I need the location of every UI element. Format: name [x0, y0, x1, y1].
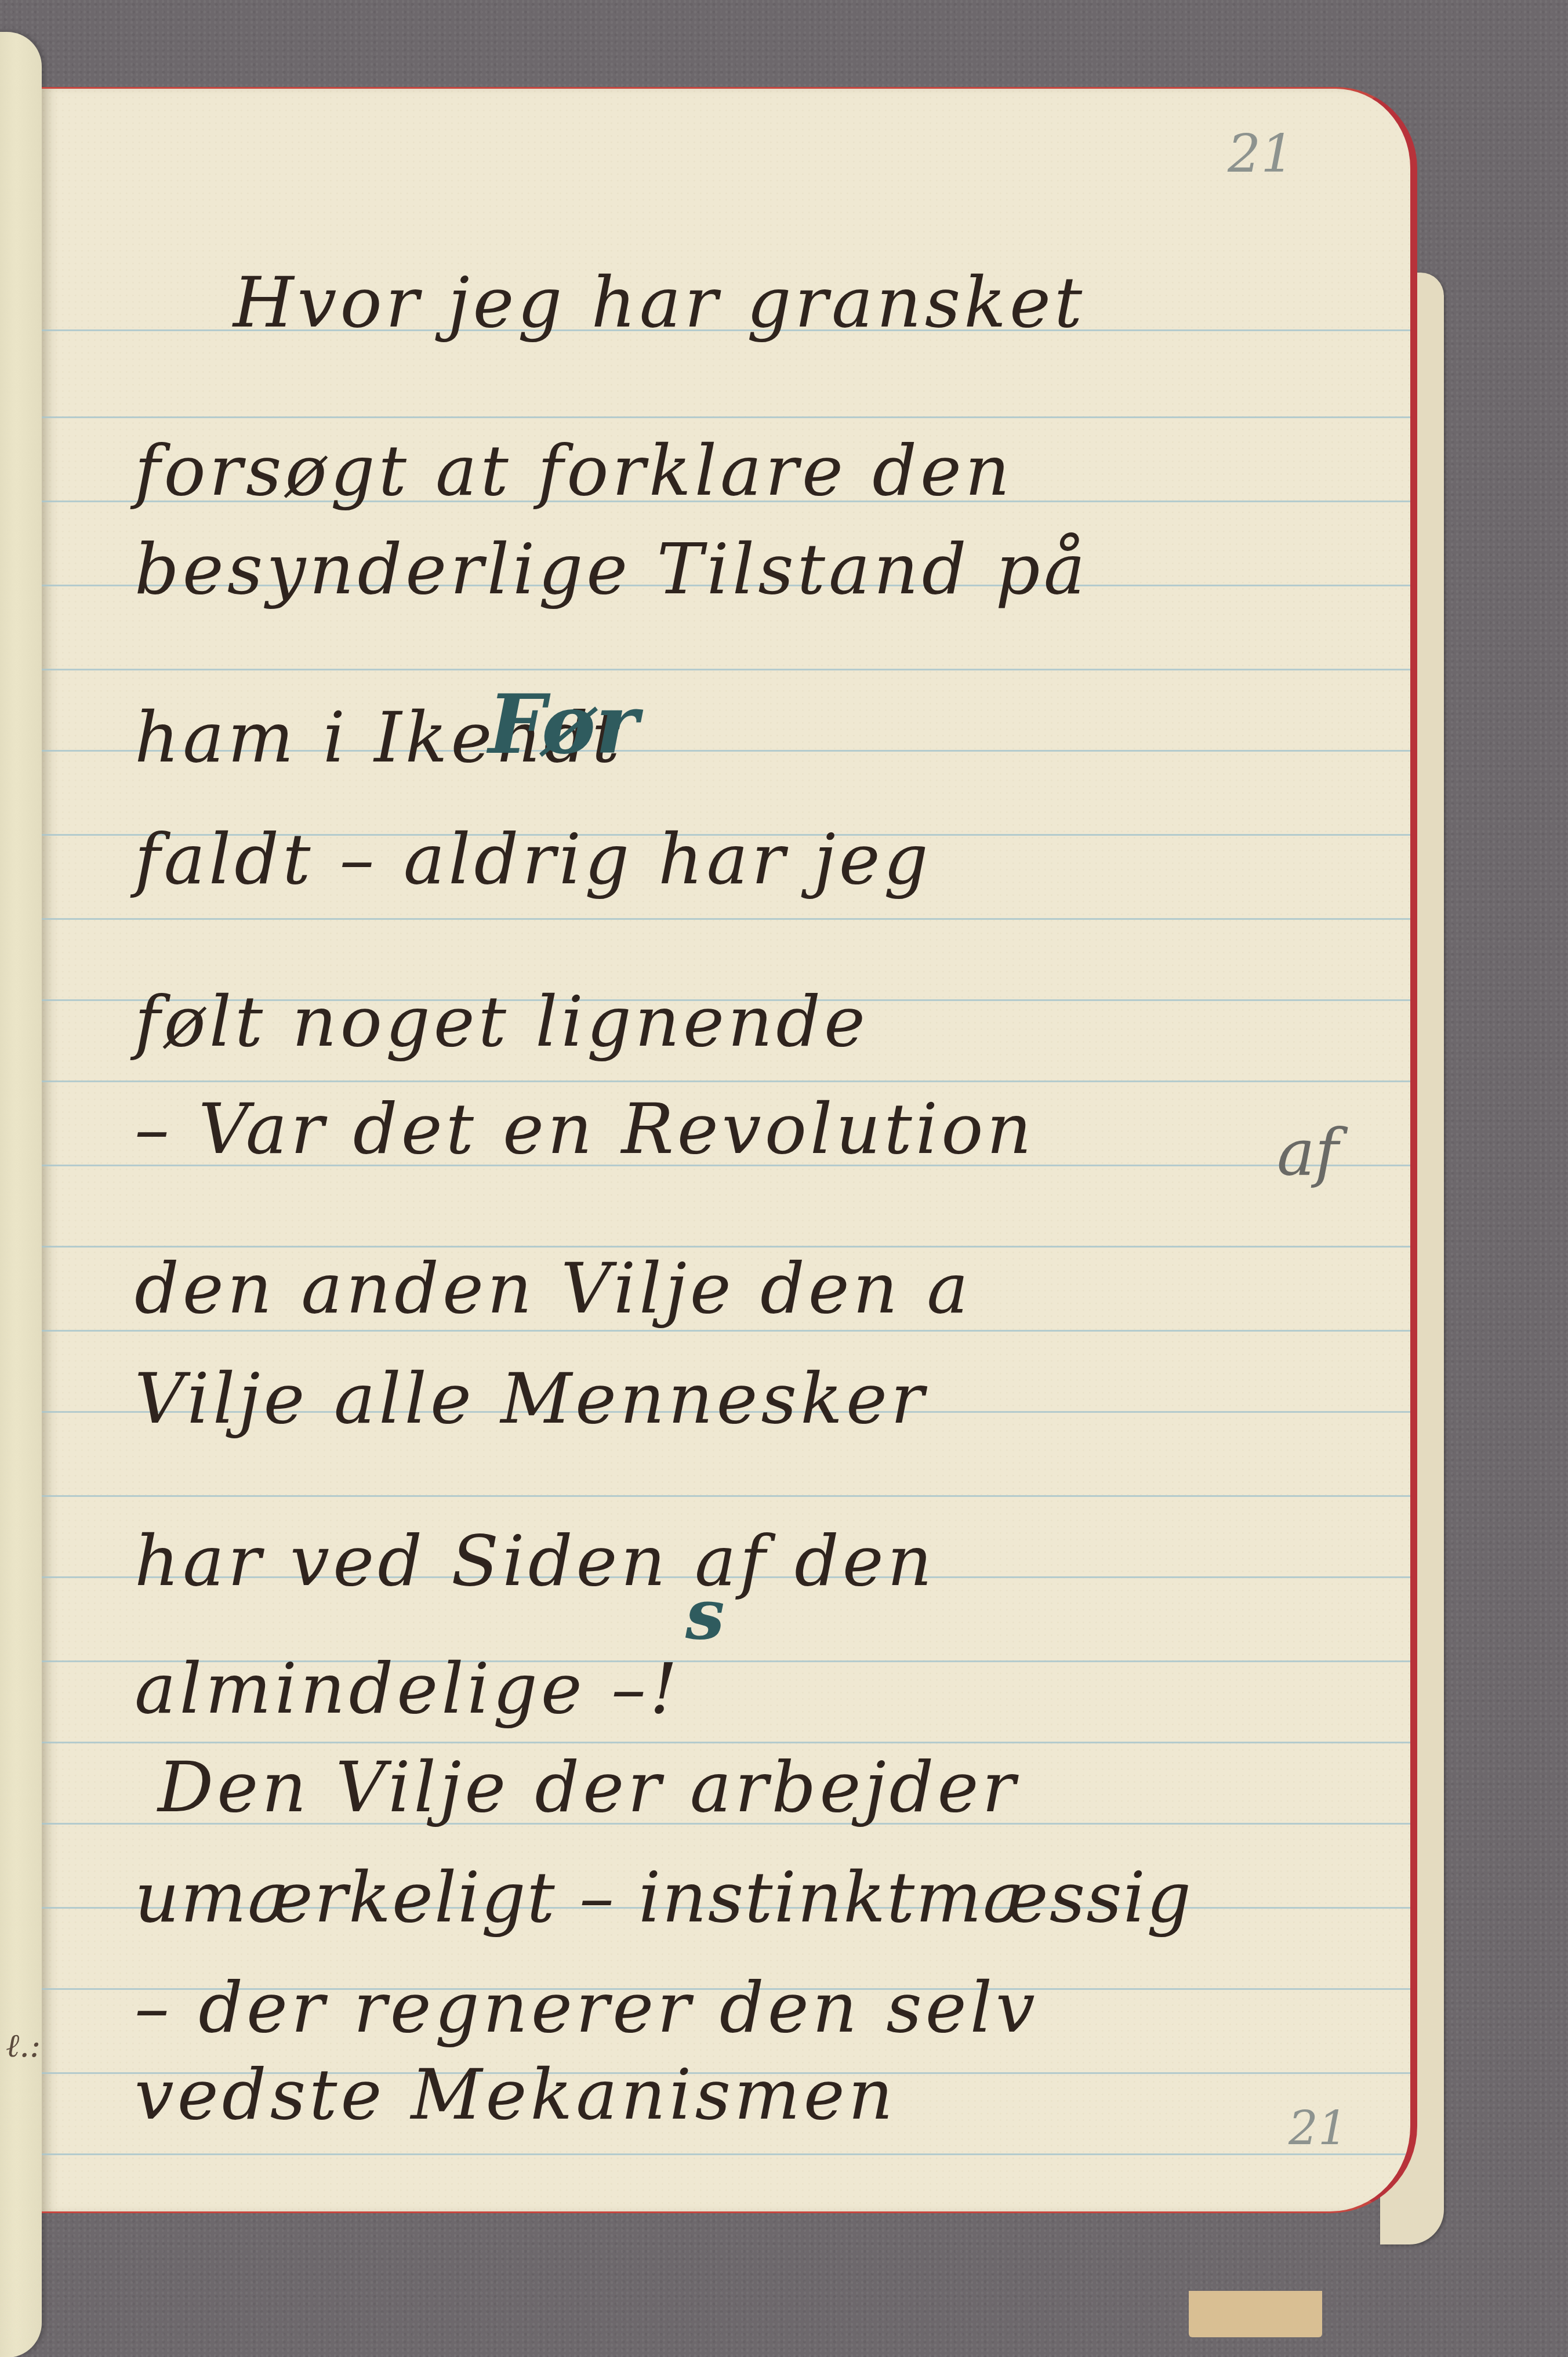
handwritten-line-3: besynderlige Tilstand på	[135, 530, 1306, 610]
handwritten-line-9: Vilje alle Mennesker	[135, 1359, 1306, 1439]
page-number-top: 21	[1228, 124, 1294, 184]
blue-ink-insertion-word: Før	[488, 677, 638, 773]
rule-line	[42, 1080, 1410, 1082]
rule-line	[42, 1495, 1410, 1497]
handwritten-line-2: forsøgt at forklare den	[135, 431, 1306, 512]
rule-line	[42, 416, 1410, 418]
binding-flap	[1189, 2291, 1322, 2337]
facing-page-edge: ℓ.:	[0, 32, 42, 2357]
handwritten-line-5: faldt – aldrig har jeg	[135, 819, 1306, 900]
handwritten-line-6: følt noget lignende	[135, 982, 1306, 1063]
rule-line	[42, 1742, 1410, 1743]
rule-line	[42, 1246, 1410, 1248]
pencil-margin-note: af	[1277, 1115, 1338, 1190]
handwritten-line-11: almindelige –!	[135, 1649, 1306, 1729]
handwritten-line-14: – der regnerer den selv	[135, 1968, 1306, 2048]
handwritten-line-8: den anden Vilje den a	[135, 1249, 1306, 1329]
notebook-page: 21 21 Hvor jeg har gransket forsøgt at f…	[42, 87, 1417, 2213]
handwritten-line-7: – Var det en Revolution	[135, 1089, 1306, 1170]
handwritten-line-4: ham i Ikendt	[135, 698, 1306, 778]
rule-line	[42, 918, 1410, 920]
rule-line	[42, 1330, 1410, 1332]
handwritten-line-12: Den Vilje der arbejder	[158, 1747, 1306, 1828]
blue-ink-insertion-letter: s	[685, 1573, 725, 1655]
rule-line	[42, 2153, 1410, 2155]
facing-page-mark: ℓ.:	[6, 2027, 41, 2065]
handwritten-line-13: umærkeligt – instinktmæssig	[135, 1858, 1306, 1938]
handwritten-line-1: Hvor jeg har gransket	[233, 263, 1306, 343]
handwritten-line-15: vedste Mekanismen	[135, 2055, 1306, 2135]
rule-line	[42, 669, 1410, 670]
